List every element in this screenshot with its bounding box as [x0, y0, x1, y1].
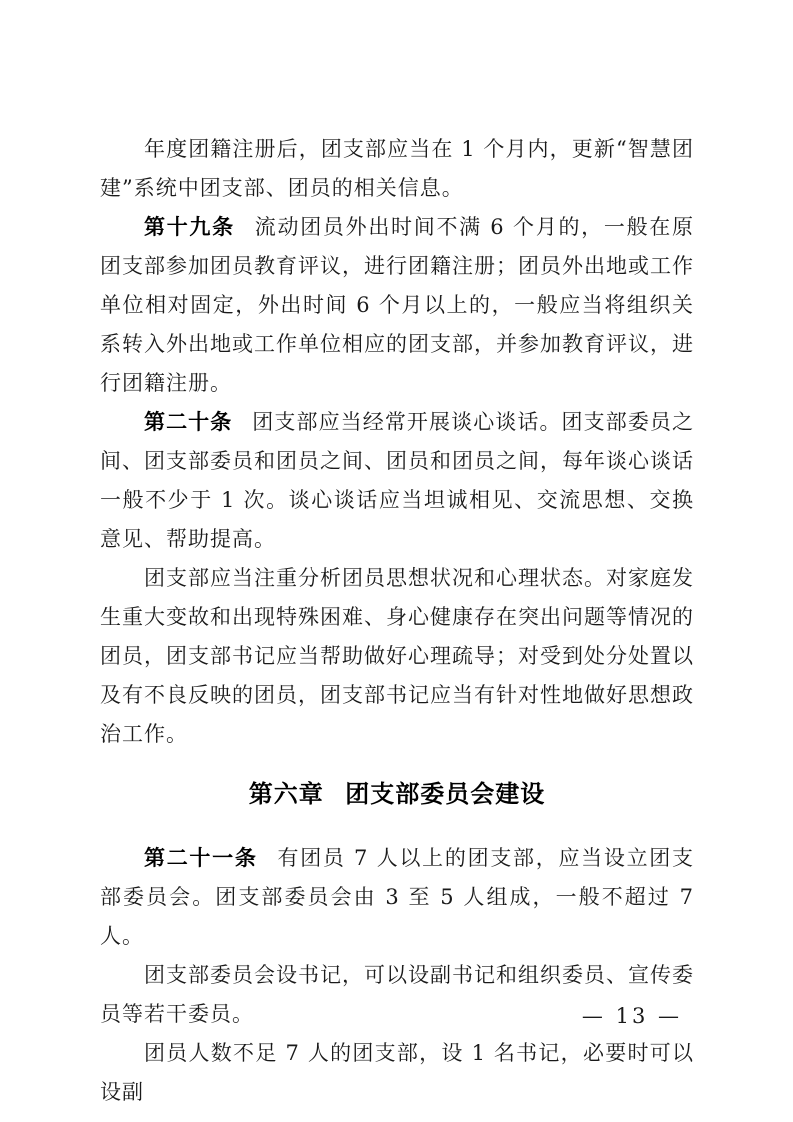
article-paragraph: 第二十一条有团员 7 人以上的团支部，应当设立团支部委员会。团支部委员会由 3 … [100, 839, 694, 956]
paragraph-text: 团支部应当注重分析团员思想状况和心理状态。对家庭发生重大变故和出现特殊困难、身心… [100, 566, 694, 746]
paragraph-text: 团员人数不足 7 人的团支部，设 1 名书记，必要时可以设副 [100, 1041, 694, 1104]
page-number: — 13 — [582, 1001, 682, 1031]
chapter-number: 第六章 [249, 780, 324, 808]
paragraph: 年度团籍注册后，团支部应当在 1 个月内，更新“智慧团建”系统中团支部、团员的相… [100, 130, 694, 208]
document-body: 年度团籍注册后，团支部应当在 1 个月内，更新“智慧团建”系统中团支部、团员的相… [100, 130, 694, 1112]
article-label: 第二十条 [144, 410, 232, 434]
article-paragraph: 第二十条团支部应当经常开展谈心谈话。团支部委员之间、团支部委员和团员之间、团员和… [100, 403, 694, 559]
document-page: 年度团籍注册后，团支部应当在 1 个月内，更新“智慧团建”系统中团支部、团员的相… [0, 0, 793, 1122]
article-paragraph: 第十九条流动团员外出时间不满 6 个月的，一般在原团支部参加团员教育评议，进行团… [100, 208, 694, 403]
paragraph: 团员人数不足 7 人的团支部，设 1 名书记，必要时可以设副 [100, 1034, 694, 1112]
paragraph-text: 年度团籍注册后，团支部应当在 1 个月内，更新“智慧团建”系统中团支部、团员的相… [100, 137, 694, 200]
paragraph-text: 流动团员外出时间不满 6 个月的，一般在原团支部参加团员教育评议，进行团籍注册；… [100, 215, 694, 395]
chapter-title: 团支部委员会建设 [345, 780, 545, 808]
chapter-heading: 第六章团支部委员会建设 [100, 775, 694, 814]
paragraph: 团支部应当注重分析团员思想状况和心理状态。对家庭发生重大变故和出现特殊困难、身心… [100, 559, 694, 754]
article-label: 第十九条 [144, 215, 235, 239]
article-label: 第二十一条 [144, 846, 258, 870]
